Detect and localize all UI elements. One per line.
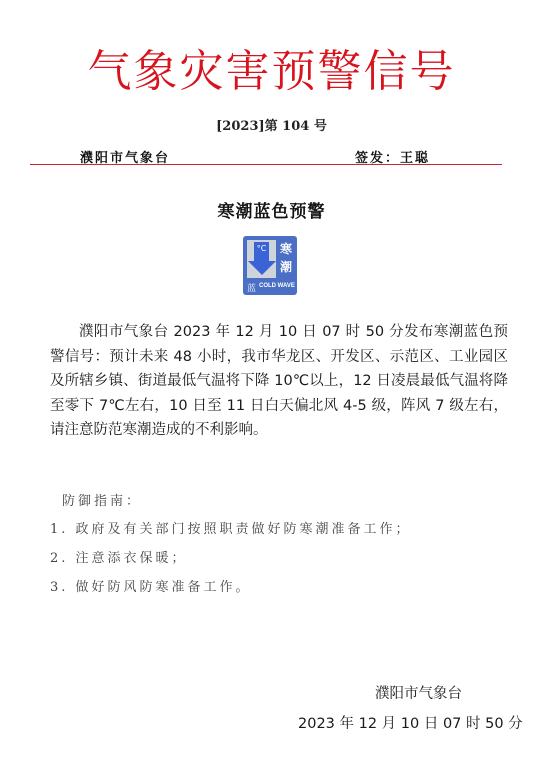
warning-body-paragraph: 濮阳市气象台 2023 年 12 月 10 日 07 时 50 分发布寒潮蓝色预…	[50, 320, 508, 443]
icon-level-label: 蓝	[247, 281, 256, 294]
guidance-item: 3. 做好防风防寒准备工作。	[50, 576, 252, 595]
header-divider	[30, 164, 502, 165]
down-arrow-head-icon	[248, 261, 276, 275]
icon-cn-label: 寒 潮	[278, 240, 294, 276]
icon-panel: °C	[247, 240, 276, 278]
cold-wave-blue-warning-icon: °C 寒 潮 蓝 COLD WAVE	[243, 236, 297, 295]
document-title: 气象灾害预警信号	[0, 42, 543, 102]
icon-cn-line1: 寒	[278, 240, 294, 258]
icon-cn-line2: 潮	[278, 258, 294, 276]
signature-date: 2023 年 12 月 10 日 07 时 50 分	[298, 712, 523, 733]
guidance-title: 防御指南：	[62, 490, 142, 509]
celsius-label: °C	[254, 244, 269, 253]
guidance-item: 1. 政府及有关部门按照职责做好防寒潮准备工作；	[50, 518, 412, 537]
icon-en-label: COLD WAVE	[259, 283, 295, 289]
document-number: [2023]第 104 号	[0, 115, 543, 134]
guidance-item: 2. 注意添衣保暖；	[50, 547, 188, 566]
warning-heading: 寒潮蓝色预警	[0, 197, 543, 222]
signature-org: 濮阳市气象台	[375, 682, 462, 703]
